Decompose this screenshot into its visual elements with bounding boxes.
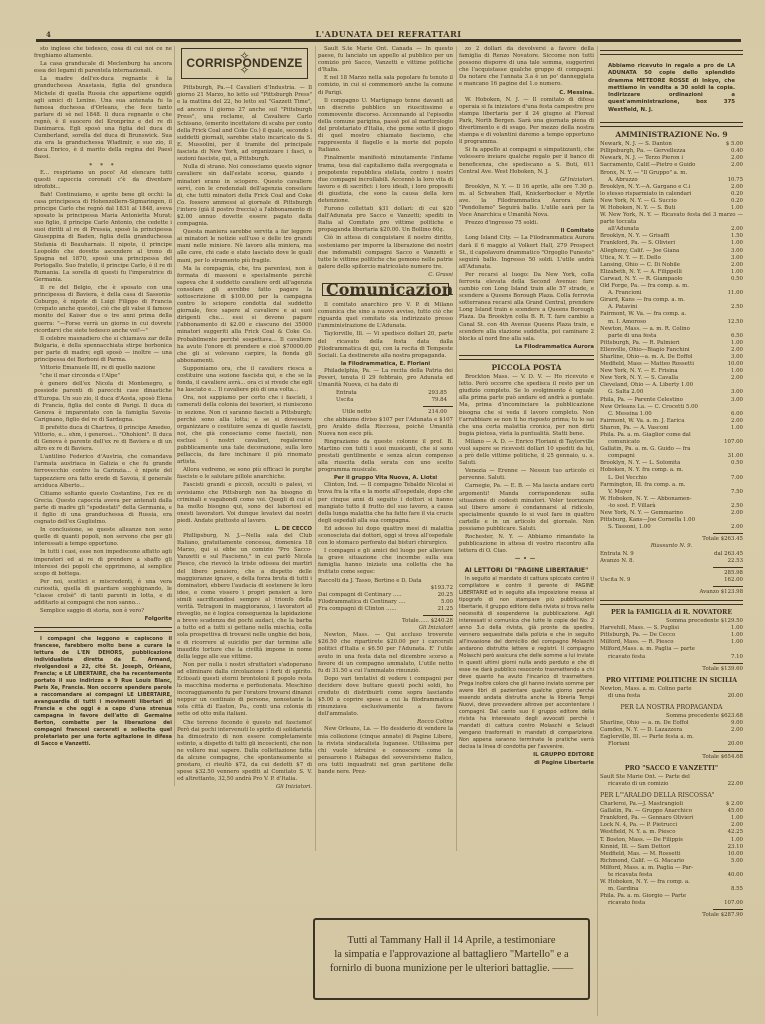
paragraph: Ma la compagnia, che, tra parentesi, non… xyxy=(177,266,312,365)
ledger-row: Brooklyn, N. Y. — Grisaffi1.50 xyxy=(600,233,743,240)
ledger-amount: 2.50 xyxy=(719,503,743,510)
signature-filodrammatica: la Filodrammatica, E. Floriani xyxy=(318,361,453,368)
ledger-row: di una festa20.00 xyxy=(600,693,743,700)
section-separator: —•— xyxy=(459,556,594,563)
paragraph: Il celebre masnadiero che si chiamava za… xyxy=(34,336,172,364)
paragraph: è genero dell'ex Nicola di Montenegro, e… xyxy=(34,381,172,424)
ledger-amount: 1.00 xyxy=(719,639,743,646)
ledger-amount: 2.00 xyxy=(719,510,743,517)
paragraph: zo 2 dollari da devolversi a favore dell… xyxy=(459,46,594,89)
ledger-amount: 20.00 xyxy=(719,741,743,748)
ledger-amount: 23.10 xyxy=(719,844,743,851)
signature-grassi: C. Grassi xyxy=(318,272,453,279)
paragraph: Clinton, Ind. — Il compagno Tebaldo Nico… xyxy=(318,482,453,525)
signature-folgorite: Folgorite xyxy=(34,616,172,623)
ledger-amount: 45.00 xyxy=(719,808,743,815)
ledger-row: all'Adunata2.00 xyxy=(600,226,743,233)
newspaper-page: 4 L'ADUNATA DEI REFRATTARI sto inglese c… xyxy=(0,0,765,1024)
section-header-sacco-vanzetti: PRO "SACCO E VANZETTI" xyxy=(600,765,743,772)
ledger-row: m. I. Amoroso12.50 xyxy=(600,319,743,326)
article-philadelphia-cont: che abbiamo diviso $107 per l'Adunata e … xyxy=(318,417,453,475)
article-brooklyn: Brooklyn, N. Y. — Il 16 aprile, alle ore… xyxy=(459,184,594,228)
utile-row: Utile netto214.00 xyxy=(318,409,453,416)
ledger-amount: 107.00 xyxy=(719,439,743,446)
ledger-amount: 2.50 xyxy=(719,304,743,311)
ledger-entry-label: Eaglerville, Ill. — Parte festa a. m. xyxy=(600,734,743,741)
ledger-row: Kinnid, Ill. — Sam Dettori23.10 xyxy=(600,844,743,851)
section-header-araldo: PER L'"ARALDO DELLA RISCOSSA" xyxy=(600,792,743,799)
article-pittsburgh: Pittsburgh, Pa.—I Cavalieri d'Industria.… xyxy=(177,85,312,525)
riassunto-table: Entrata N. 9dal 263.45Avanzo N. 8.22.53 xyxy=(600,551,743,565)
ledger-amount: 2.00 xyxy=(719,418,743,425)
paragraph: Questa maniera sarebbe servita a far leg… xyxy=(177,229,312,264)
ledger-row: Dai compagni di Centinary .....20.25 xyxy=(318,592,453,599)
ledger-row: Fra compagni di Clinton ......21.25 xyxy=(318,606,453,613)
article-comunicazioni: Il comitato anarchico pro V. P. di Milan… xyxy=(318,302,453,360)
section-header-amministrazione: AMMINISTRAZIONE No. 9 xyxy=(600,131,743,138)
ledger-amount: 1.00 xyxy=(719,240,743,247)
paragraph: Il prefetto duca di Chartres, il princip… xyxy=(34,425,172,453)
ledger-amount: 1.00 xyxy=(719,625,743,632)
ledger-amount: 1.00 xyxy=(719,632,743,639)
ledger-amount: $ 2.00 xyxy=(719,801,743,808)
ledger-amount: 2.00 xyxy=(719,262,743,269)
paragraph: Venezia — Erenne — Nessun tuo articolo c… xyxy=(459,468,594,482)
ledger-entry-label: Phila. Pa. a. m. Giaglior come dal xyxy=(600,432,743,439)
ledger-amount: 1.00 xyxy=(719,368,743,375)
paragraph: In conclusione, se queste alleanze non s… xyxy=(34,527,172,548)
column-4: zo 2 dollari da devolversi a favore dell… xyxy=(459,46,594,851)
paragraph: Che terreno fecondo è questo nel fascism… xyxy=(177,720,312,784)
paragraph: Brooklyn, N. Y. — Il 16 aprile, alle ore… xyxy=(459,184,594,219)
ledger-row: -to sost. F. Villarà2.50 xyxy=(600,503,743,510)
paragraph: Ed adesso lui dopo quattro mesi di malat… xyxy=(318,526,453,547)
ledger-row: Medfield, Mass — Matteo Rossetti10.00 xyxy=(600,361,743,368)
section-header-novatore: PER la FAMIGLIA di R. NOVATORE xyxy=(600,609,743,616)
ledger-row: Pittsburgh, Pa. — R. Palmieri1.00 xyxy=(600,340,743,347)
propaganda-total: Totale $654.68 xyxy=(600,754,743,761)
ledger-amount: 21.25 xyxy=(429,606,453,613)
admin-total: Totale $263.45 xyxy=(600,536,743,543)
column-divider xyxy=(456,46,457,851)
masthead: 4 L'ADUNATA DEI REFRATTARI xyxy=(36,26,741,42)
signature-pagine-libertarie: di Pagine Libertarie xyxy=(459,760,594,767)
ledger-entry-label: New Orleans La. — C. Crocetti 5.00 xyxy=(600,404,743,411)
ledger-row: G. Salta 2.003.00 xyxy=(600,389,743,396)
ledger-row: A. Francioni11.00 xyxy=(600,290,743,297)
ledger-amount: 1.00 xyxy=(719,340,743,347)
ledger-amount: 3.00 xyxy=(719,397,743,404)
paragraph: Il compagno U. Martignago tenne davanti … xyxy=(318,98,453,155)
article-clinton: Clinton, Ind. — Il compagno Tebaldo Nico… xyxy=(318,482,453,576)
ledger-row: compagni31.00 xyxy=(600,453,743,460)
ledger-row: lo stesso risparmiato in calendari0.20 xyxy=(600,191,743,198)
ledger-amount: 2.00 xyxy=(719,375,743,382)
column-divider xyxy=(315,46,316,851)
ledger-amount: 2.00 xyxy=(719,155,743,162)
rule xyxy=(34,627,172,632)
article-pagine-libere-sale: zo 2 dollari da devolversi a favore dell… xyxy=(459,46,594,89)
ledger-entry-label: Sault Ste Marie Ont. — Parte del xyxy=(600,774,743,781)
column-5: Abbiamo ricevuto in regalo a pro de LA A… xyxy=(600,46,743,1016)
decor-icon: ✧ xyxy=(239,63,249,77)
article-sault-ste-marie: Sault S.te Marie Ont. Canada — In questo… xyxy=(318,46,453,271)
sacco-ledger: Sault Ste Marie Ont. — Parte delricavato… xyxy=(600,774,743,788)
ledger-amount: 293.85 xyxy=(423,390,447,397)
masthead-rule xyxy=(36,39,741,42)
piccola-posta-list: Brockton Mass. — V. D. V. — Ho ricevuto … xyxy=(459,374,594,555)
ledger-entry-label: Bronx, N. Y. — "Il Gruppo" a. m. xyxy=(600,170,743,177)
ledger-row: C. Messina 1.006.00 xyxy=(600,411,743,418)
propaganda-ledger: Sharline, Ohio — a. m. De Eoffol9.00Camd… xyxy=(600,720,743,748)
ledger-entry-label: W. Hoboken, N. Y. — fra comp. a. xyxy=(600,879,743,886)
tammany-hall-announcement: Tutti al Tammany Hall il 14 Aprile, a te… xyxy=(313,918,590,1000)
notice-meteore-rosse: Abbiamo ricevuto in regalo a pro de LA A… xyxy=(600,59,743,118)
araldo-total: Totale $287.90 xyxy=(600,912,743,919)
article-phillipsburg: Phillipsburg, N. J.—Nella sala del Club … xyxy=(177,533,312,783)
paragraph: Supponiamo ora, che il cavaliere riesca … xyxy=(177,366,312,394)
ledger-amount: 0.50 xyxy=(719,460,743,467)
ledger-amount: 0.40 xyxy=(719,148,743,155)
ledger-row: Phila, Pa. — Parente Celestino3.00 xyxy=(600,397,743,404)
ledger-amount: 3.00 xyxy=(719,255,743,262)
article-royal-families-cont: E... respiriamo un poco! Ad elencare tut… xyxy=(34,170,172,616)
section-header-corrispondenze: ✧ CORRISPONDENZE ✧ xyxy=(181,48,308,79)
ledger-row: Uscita79.84 xyxy=(336,397,447,404)
ledger-row: Carwad, N. Y. — R. Giampaolo0.50 xyxy=(600,276,743,283)
ledger-row: Lansing, Ohio — C. Di Nobile2.00 xyxy=(600,262,743,269)
ledger-row: Utica, N. Y. — E. Dello3.00 xyxy=(600,255,743,262)
ledger-amount: 3.00 xyxy=(719,248,743,255)
ledger-row: W. Hoboken, N. Y. — S. Buti1.00 xyxy=(600,205,743,212)
signature-colino: Rocco Colino xyxy=(318,719,453,726)
signature-iniziatori: Gl'Iniziatori. xyxy=(459,177,594,184)
paragraph: sto inglese che tedesco, cosa di cui noi… xyxy=(34,46,172,60)
signature-de-cecco: L. DE CECCO xyxy=(177,526,312,533)
ledger-row: V. Mayer7.50 xyxy=(600,489,743,496)
signature-iniziatori: Gli Iniziatori xyxy=(318,625,453,632)
ledger-row: A. Patavini2.50 xyxy=(600,304,743,311)
ledger-amount: 10.75 xyxy=(719,177,743,184)
paragraph: E... respiriamo un poco! Ad elencare tut… xyxy=(34,170,172,191)
ledger-row: A. Abruzzo10.75 xyxy=(600,177,743,184)
paragraph: Prezzo d'ingresso 75 soldi. xyxy=(459,220,594,227)
ledger-row: Gallatin, Pa. — Gruppo Anarchico45.00 xyxy=(600,808,743,815)
paragraph: Non per nulla i nostri sfruttatori s'ado… xyxy=(177,662,312,719)
signature-comitato: Il Comitato xyxy=(459,228,594,235)
ledger-row: New York, N. Y. — E. Frisina1.00 xyxy=(600,368,743,375)
ledger-amount: 20.25 xyxy=(429,592,453,599)
ledger-row: Milford, Mass. — R. Piesco1.00 xyxy=(600,639,743,646)
rule xyxy=(600,50,743,55)
ledger-amount: 42.25 xyxy=(719,829,743,836)
ledger-amount: 5.00 xyxy=(719,858,743,865)
ledger-row: New York, N. Y. — G. Succio0.20 xyxy=(600,198,743,205)
ledger-row: Frankford, Pa. — Gennaro Olivieri1.00 xyxy=(600,815,743,822)
ledger-row: Ellenville, Ohio—Biagio Fanchini2.00 xyxy=(600,347,743,354)
ledger-entry-label: Farmington, Ill. fra comp. a. m. xyxy=(600,482,743,489)
ledger-amount: 2.00 xyxy=(719,184,743,191)
ledger-row: Richmond, Calif. — G. Macario5.00 xyxy=(600,858,743,865)
ledger-amount: 8.55 xyxy=(719,886,743,893)
ledger-amount: 5.00 xyxy=(429,599,453,606)
column-2: ✧ CORRISPONDENZE ✧ Pittsburgh, Pa.—I Cav… xyxy=(177,46,312,1016)
paragraph: "che il mar circonda e l'Alpe" xyxy=(34,373,172,380)
ledger-amount: 1.00 xyxy=(719,205,743,212)
paragraph: Milano — A. D. — Enrico Floriani di Tayl… xyxy=(459,439,594,467)
paragraph: Rochester, N. Y. — Abbiamo rimandato la … xyxy=(459,534,594,555)
ledger-row: Brooklyn, N. Y. — L. Solomita0.50 xyxy=(600,460,743,467)
ledger-row: Harvehill, Mass. — S. Puglisi1.00 xyxy=(600,625,743,632)
collection-total: Totale...... $240.28 xyxy=(318,618,453,625)
ledger-row: Allegheny, Calif. — Joe Giana3.00 xyxy=(600,248,743,255)
ledger-row: New York, N. Y. — S. Cavalla2.00 xyxy=(600,375,743,382)
notice-en-dehors: I compagni che leggono e capiscono il fr… xyxy=(34,636,172,748)
ledger-amount: 2.00 xyxy=(719,162,743,169)
account-table: Entrata293.85Uscita79.84 xyxy=(318,390,453,404)
ledger-amount: 1.00 xyxy=(719,425,743,432)
ledger-amount: 1.00 xyxy=(719,269,743,276)
ledger-amount: 20.00 xyxy=(719,693,743,700)
ledger-entry-label: Phila. Pa. a. m. Giorgio — Parte xyxy=(600,893,743,900)
paragraph: Il re del Belgio, che è sposato con una … xyxy=(34,285,172,335)
section-header-propaganda: PER LA NOSTRA PROPAGANDA xyxy=(600,704,743,711)
ledger-amount: 0.50 xyxy=(719,276,743,283)
ledger-row: T. Boston, Mass. — De Filippis1.00 xyxy=(600,837,743,844)
column-divider xyxy=(597,46,598,1016)
ledger-row: Elizabeth, N. Y. — A. Filippelli1.00 xyxy=(600,269,743,276)
ledger-row: Sacramento, Calif.—Pietro e Guido2.00 xyxy=(600,162,743,169)
paragraph: Brockton Mass. — V. D. V. — Ho ricevuto … xyxy=(459,374,594,438)
collection-header: Raccolti da J. Tasso, Bertino e D. Data xyxy=(318,578,453,585)
paragraph: Dopo vari tentativi di vedere i compagni… xyxy=(318,676,453,719)
article-newton: Newton, Mass. — Qui accluso troverete $2… xyxy=(318,632,453,718)
rule xyxy=(459,355,594,360)
ledger-entry-label: Pittsburg, Kans—Joe Cornella 1.00 xyxy=(600,517,743,524)
ledger-amount: 2.00 xyxy=(719,524,743,531)
ledger-row: L. Del Vecchio7.00 xyxy=(600,475,743,482)
collection-table: Dai compagni di Centinary .....20.25Filo… xyxy=(318,592,453,613)
ledger-entry-label: Cleveland, Ohio — A. Liberty 1.00 xyxy=(600,382,743,389)
paragraph: Vittorio Emanuele III, re di quello nazi… xyxy=(34,365,172,372)
paragraph: La madre dell'ex-duca regnante è la gran… xyxy=(34,76,172,161)
ledger-entry-label: Hoboken, N. Y. fra comp. a. m. xyxy=(600,467,743,474)
paragraph: Sault S.te Marie Ont. Canada — In questo… xyxy=(318,46,453,74)
ledger-row: Lock N. 4, Pa. — P. Pietrucci2.00 xyxy=(600,822,743,829)
ledger-row: ricavato di un comizio22.00 xyxy=(600,781,743,788)
ledger-row: Pillipsburgh, Pa. — Gervellezza0.40 xyxy=(600,148,743,155)
ledger-amount: 6.00 xyxy=(719,411,743,418)
ledger-row: Sharline, Ohio—a. m. A. De Eoffol3.00 xyxy=(600,354,743,361)
ledger-entry-label: Milford, Mass. a. m. Paglia — Par- xyxy=(600,865,743,872)
column-3: Sault S.te Marie Ont. Canada — In questo… xyxy=(318,46,453,851)
paragraph: Long Island City. — La Filodrammatica Au… xyxy=(459,235,594,270)
ledger-row: te ricavata festa40.00 xyxy=(600,872,743,879)
ledger-amount: 10.00 xyxy=(719,361,743,368)
ledger-entry-label: Milford,Mass. a. m. Paglia — parte xyxy=(600,646,743,653)
paragraph: L'antilino Federico d'Austria, che coman… xyxy=(34,454,172,489)
column-divider xyxy=(174,46,175,786)
ledger-row: ricavato festa107.00 xyxy=(600,900,743,907)
paragraph: Phillipsburg, N. J.—Nella sala del Club … xyxy=(177,533,312,661)
signature-vita-nuova: Per il gruppo Vita Nuova, A. Liotsi xyxy=(318,475,453,482)
ledger-row: Camden, N. Y. — D. Lazazzera2.00 xyxy=(600,727,743,734)
riassunto-header: Riassunto N. 9. xyxy=(600,543,743,550)
ledger-row: Pittsburgh, Pa. — De Cecco1.00 xyxy=(600,632,743,639)
ledger-amount: 31.00 xyxy=(719,453,743,460)
admin-ledger: Newark, N. J. — S. Danton$ 5.00Pillipsbu… xyxy=(600,141,743,531)
ledger-amount: 3.00 xyxy=(719,389,743,396)
ledger-amount: 7.00 xyxy=(719,475,743,482)
article-royal-families: sto inglese che tedesco, cosa di cui noi… xyxy=(34,46,172,162)
ledger-row: Brooklyn, N. Y.—A. Gargano e C.i2.00 xyxy=(600,184,743,191)
paragraph: W. Hoboken, N. J. — Il comitato di difes… xyxy=(459,97,594,147)
paragraph: I compagni e gli amici del luogo per all… xyxy=(318,548,453,576)
ledger-amount: 0.20 xyxy=(719,191,743,198)
paragraph: Taylorville, Ill. — Vi spedisco dollari … xyxy=(318,331,453,359)
ledger-amount: 7.10 xyxy=(719,654,743,661)
ledger-amount: 0.20 xyxy=(719,198,743,205)
paragraph: Nulla di strano. Noi conosciamo questo s… xyxy=(177,164,312,228)
section-separator: * * * xyxy=(34,163,172,170)
ledger-row: Medfield, Mas. — M. Rossetti10.00 xyxy=(600,851,743,858)
summary-row: Entrata N. 9dal 263.45 xyxy=(600,551,743,558)
ledger-row: m. Gardina8.55 xyxy=(600,886,743,893)
ledger-row: Newark, N. J. — Terzo Pieron i2.00 xyxy=(600,155,743,162)
ledger-amount: 1.00 xyxy=(719,815,743,822)
rule xyxy=(600,122,743,127)
paragraph: Bah! Continuiamo, e aprite bene gli occh… xyxy=(34,192,172,284)
ledger-row: Sharon, Pa. — A. Vasconi1.00 xyxy=(600,425,743,432)
paragraph: E nel 18 Marzo nella sala popolare fu te… xyxy=(318,75,453,96)
paragraph: Newton, Mass. — Qui accluso troverete $2… xyxy=(318,632,453,675)
ledger-amount: 22.00 xyxy=(719,781,743,788)
ledger-amount: 6.50 xyxy=(719,333,743,340)
article-ai-lettori: In seguito al mandato di cattura spiccat… xyxy=(459,576,594,751)
article-philadelphia: Philadelphia, Pa. — La recita della Patr… xyxy=(318,368,453,389)
ledger-row: Filodrammatica di Centinary ....5.00 xyxy=(318,599,453,606)
avanzo-total: Avanzo $123.98 xyxy=(600,589,743,596)
signature-gruppo-editore: IL GRUPPO EDITORE xyxy=(459,752,594,759)
paragraph: La casa granducale di Meclenburg ha anco… xyxy=(34,61,172,75)
article-w-hoboken: W. Hoboken, N. J. — Il comitato di difes… xyxy=(459,97,594,176)
ledger-amount: 12.50 xyxy=(719,319,743,326)
ledger-row: Floriani20.00 xyxy=(600,741,743,748)
novatore-total: Totale $139.60 xyxy=(600,666,743,673)
ledger-amount: 2.00 xyxy=(719,727,743,734)
ledger-row: Charleroi, Pa.—J. Mastrangioli$ 2.00 xyxy=(600,801,743,808)
column-1: sto inglese che tedesco, cosa di cui noi… xyxy=(34,46,172,1016)
ledger-row: parte di una festa6.50 xyxy=(600,333,743,340)
newspaper-title: L'ADUNATA DEI REFRATTARI xyxy=(36,29,741,39)
signature-iniziatori: Gli Iniziatori. xyxy=(177,784,312,791)
paragraph: Per noi, scettici e miscredenti, è una v… xyxy=(34,579,172,607)
ledger-amount: $ 5.00 xyxy=(719,141,743,148)
summary-row: Avanzo N. 8.22.53 xyxy=(600,558,743,565)
ledger-amount: 10.00 xyxy=(719,851,743,858)
article-long-island: Long Island City. — La Filodrammatica Au… xyxy=(459,235,594,342)
paragraph: Ciò in attesa di conquistare il nostro d… xyxy=(318,235,453,270)
ledger-row: New York, N. Y. — Gemmarino2.00 xyxy=(600,510,743,517)
ledger-amount: 3.00 xyxy=(719,354,743,361)
ledger-amount: 2.00 xyxy=(719,822,743,829)
ledger-entry-label: Old Forge, Pa. — fra comp. a. m. xyxy=(600,283,743,290)
article-new-orleans: New Orleans, La. — Ho desiderio di vende… xyxy=(318,726,453,776)
paragraph: che abbiamo diviso $107 per l'Adunata e … xyxy=(318,417,453,438)
ledger-amount: 107.00 xyxy=(719,900,743,907)
novatore-ledger: Harvehill, Mass. — S. Puglisi1.00Pittsbu… xyxy=(600,625,743,660)
section-header-piccola-posta: PICCOLA POSTA xyxy=(459,364,594,371)
ledger-row: Newark, N. J. — S. Danton$ 5.00 xyxy=(600,141,743,148)
ledger-amount: 40.00 xyxy=(719,872,743,879)
paragraph: Finalmente manifestò minutamente l'infam… xyxy=(318,155,453,205)
ledger-entry-label: Newton, Mass. — a. m. R. Colino xyxy=(600,326,743,333)
section-header-sicilia: PRO VITTIME POLITICHE IN SICILIA xyxy=(600,677,743,684)
paragraph: Semplice saggio di storia, non è vero? xyxy=(34,608,172,615)
ledger-entry-label: Newton, Mass. a. m. Colino parte xyxy=(600,686,743,693)
ledger-entry-label: Fairmont, W. Va. — fra comp. a. xyxy=(600,311,743,318)
ledger-row: Sharline, Ohio — a. m. De Eoffol9.00 xyxy=(600,720,743,727)
section-header-ai-lettori: AI LETTORI DI "PAGINE LIBERTARIE" xyxy=(459,567,594,574)
paragraph: Ora, noi sappiamo per certo che i fascis… xyxy=(177,395,312,466)
ledger-amount: 2.00 xyxy=(719,347,743,354)
paragraph: Fascisti grandi e piccoli, occulti o pal… xyxy=(177,482,312,525)
ledger-amount: 1.00 xyxy=(719,837,743,844)
ledger-entry-label: Gallatin, Pa. a. m. G. Guido — fra xyxy=(600,446,743,453)
paragraph: Furono collettati $31 dollari: di cui $2… xyxy=(318,206,453,234)
ledger-row: S. Tassoni, 1.002.00 xyxy=(600,524,743,531)
ledger-row: Frankford, Pa. — S. Olivieri1.00 xyxy=(600,240,743,247)
ledger-row: ricavato festa7.10 xyxy=(600,654,743,661)
paragraph: Si fa appello ai compagni e simpatizzant… xyxy=(459,147,594,175)
paragraph: Citiamo soltanto questo Costantino, l'ex… xyxy=(34,491,172,526)
ledger-amount: 2.00 xyxy=(719,226,743,233)
ledger-entry-label: Girard, Kans — fra comp. a. m. xyxy=(600,297,743,304)
paragraph: Allora vedremo, se sono più efficaci le … xyxy=(177,467,312,481)
rule xyxy=(600,600,743,605)
signature-messina: C. Messina. xyxy=(459,90,594,97)
ledger-row: Westfield, N. Y. a. m. Piesco42.25 xyxy=(600,829,743,836)
paragraph: Per recarsi al luogo: Da New York, colla… xyxy=(459,272,594,343)
section-header-comunicazioni: Comunicazioni xyxy=(322,283,449,296)
uscita-row: Uscita N. 9162.00 xyxy=(600,577,743,584)
signature-aurora: La Filodrammatica Aurora xyxy=(459,344,594,351)
paragraph: Il comitato anarchico pro V. P. di Milan… xyxy=(318,302,453,330)
ledger-row: Entrata293.85 xyxy=(336,390,447,397)
ledger-entry-label: W. Hoboken, N. Y. — Abbonamen- xyxy=(600,496,743,503)
paragraph: Carnegie, Pa. — E. B. — Ma lascia andare… xyxy=(459,483,594,533)
ledger-amount: 9.00 xyxy=(719,720,743,727)
sicilia-ledger: Newton, Mass. a. m. Colino partedi una f… xyxy=(600,686,743,700)
ledger-amount: 11.00 xyxy=(719,290,743,297)
araldo-ledger: Charleroi, Pa.—J. Mastrangioli$ 2.00Gall… xyxy=(600,801,743,907)
paragraph: In tutti i casi, esse non impediscono af… xyxy=(34,549,172,577)
ledger-amount: 7.50 xyxy=(719,489,743,496)
ledger-entry-label: W. New York, N. Y. — Ricavato festa del … xyxy=(600,212,743,226)
ledger-row: Fairmont, W. Va. a. m. J. Earica2.00 xyxy=(600,418,743,425)
ledger-amount: 79.84 xyxy=(423,397,447,404)
paragraph: Pittsburgh, Pa.—I Cavalieri d'Industria.… xyxy=(177,85,312,163)
paragraph: Ringraziamo da queste colonne il prof. B… xyxy=(318,439,453,474)
ledger-amount: 1.50 xyxy=(719,233,743,240)
ledger-row: comunicato107.00 xyxy=(600,439,743,446)
